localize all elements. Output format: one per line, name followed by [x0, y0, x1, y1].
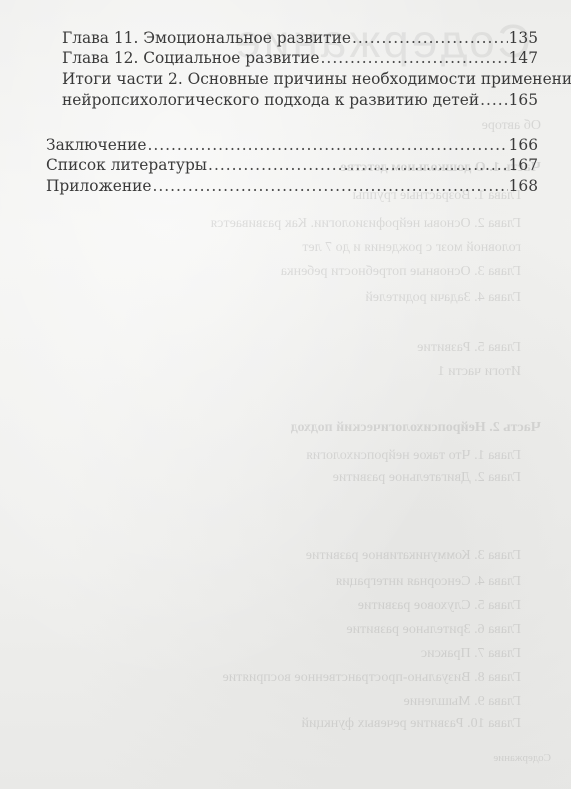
- dot-leader: [352, 28, 508, 48]
- toc-entry-title: Приложение: [46, 176, 151, 196]
- paper-background: [0, 0, 571, 789]
- toc-entry-title: Заключение: [46, 135, 146, 155]
- dot-leader: [147, 135, 507, 155]
- toc-entry: Список литературы 167: [46, 155, 538, 175]
- toc-entry-page: 147: [509, 48, 538, 68]
- toc-entry: Глава 11. Эмоциональное развитие 135: [62, 28, 538, 48]
- toc-entry-page: 168: [509, 176, 538, 196]
- dot-leader: [152, 176, 507, 196]
- toc-entry-title: Список литературы: [46, 155, 207, 175]
- toc-entry: Приложение 168: [46, 176, 538, 196]
- dot-leader: [321, 48, 508, 68]
- toc-entry-title: Глава 12. Социальное развитие: [62, 48, 320, 68]
- toc-entry-page: 135: [509, 28, 538, 48]
- toc-entry-title: Глава 11. Эмоциональное развитие: [62, 28, 351, 48]
- toc-entry: Глава 12. Социальное развитие 147: [62, 48, 538, 68]
- toc-entry-title-line1: Итоги части 2. Основные причины необходи…: [62, 69, 571, 89]
- toc-entry-page: 165: [509, 90, 538, 110]
- dot-leader: [480, 90, 508, 110]
- toc-entry-page: 166: [509, 135, 538, 155]
- toc-entry-title-line2: нейропсихологического подхода к развитию…: [62, 90, 479, 110]
- dot-leader: [208, 155, 508, 175]
- toc-entry: нейропсихологического подхода к развитию…: [62, 90, 538, 110]
- toc-entry: Заключение 166: [46, 135, 538, 155]
- toc-entry-page: 167: [509, 155, 538, 175]
